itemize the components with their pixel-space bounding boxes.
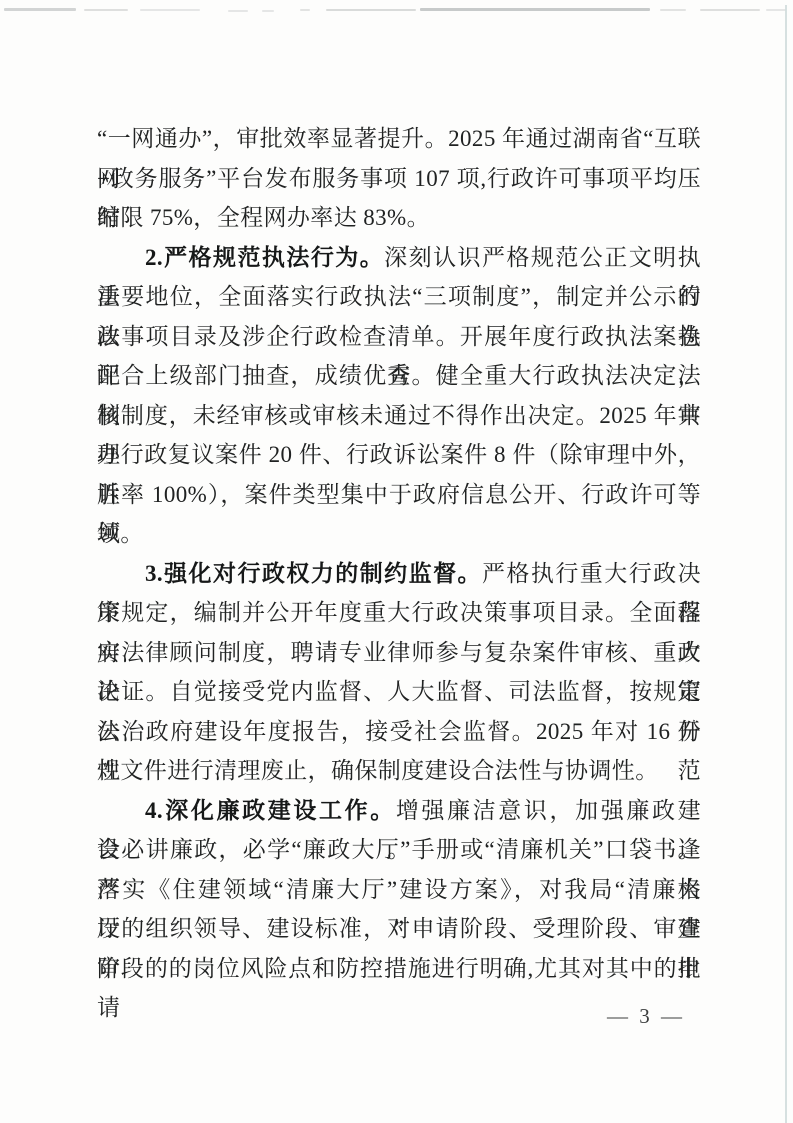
text-line: 域。: [97, 514, 701, 554]
paragraph-heading: 4.深化廉政建设工作。: [145, 798, 396, 823]
paragraph-heading: 2.严格规范执法行为。: [145, 245, 384, 270]
document-page: “一网通办”，审批效率显著提升。2025 年通过湖南省“互联网+政务服务”平台发…: [0, 0, 793, 1123]
scan-noise-dash: [300, 9, 310, 11]
document-body: “一网通办”，审批效率显著提升。2025 年通过湖南省“互联网+政务服务”平台发…: [97, 119, 701, 988]
scan-edge-line: [785, 5, 787, 1123]
scan-noise-dash: [262, 10, 274, 12]
line-text: 时限 75%，全程网办率达 83%。: [97, 205, 430, 230]
text-line: 设的组织领导、建设标准，对申请阶段、受理阶段、审查审批: [97, 909, 701, 949]
line-text: 性文件进行清理废止，确保制度建设合法性与协调性。: [97, 758, 659, 783]
scan-noise-dash: [660, 9, 686, 11]
text-line: 府法律顾问制度，聘请专业律师参与复杂案件审核、重大决策: [97, 633, 701, 673]
text-line: 落实《住建领域“清廉大厅”建设方案》，对我局“清廉大厅”建: [97, 870, 701, 910]
text-line: 会必讲廉政，必学“廉政大厅”手册或“清廉机关”口袋书。严格: [97, 830, 701, 870]
text-line: 序规定，编制并公开年度重大行政决策事项目录。全面落实政: [97, 593, 701, 633]
text-line: 阶段的的岗位风险点和防控措施进行明确,尤其对其中的申请: [97, 949, 701, 989]
scan-noise-dash: [766, 9, 786, 11]
text-line: 法治政府建设年度报告，接受社会监督。2025 年对 16 份规范: [97, 712, 701, 752]
text-line: 4.深化廉政建设工作。增强廉洁意识，加强廉政建设。逢: [97, 791, 701, 831]
scan-noise-dash: [4, 8, 76, 11]
page-number: — 3 —: [596, 1004, 696, 1029]
text-line: “一网通办”，审批效率显著提升。2025 年通过湖南省“互联网: [97, 119, 701, 159]
text-line: 理行政复议案件 20 件、行政诉讼案件 8 件（除审理中外，胜: [97, 435, 701, 475]
scan-noise-dash: [700, 9, 760, 11]
scan-noise-dash: [326, 9, 416, 11]
scan-noise-dash: [420, 8, 650, 11]
text-line: 诉率 100%），案件类型集中于政府信息公开、行政许可等领: [97, 475, 701, 515]
paragraph-heading: 3.强化对行政权力的制约监督。: [145, 561, 482, 586]
scan-noise-dash: [84, 9, 128, 11]
text-line: 2.严格规范执法行为。深刻认识严格规范公正文明执法的: [97, 238, 701, 278]
text-line: 时限 75%，全程网办率达 83%。: [97, 198, 701, 238]
text-line: 性文件进行清理废止，确保制度建设合法性与协调性。: [97, 751, 701, 791]
scan-noise-dash: [140, 9, 200, 11]
text-line: 3.强化对行政权力的制约监督。严格执行重大行政决策程: [97, 554, 701, 594]
text-line: 论证。自觉接受党内监督、人大监督、司法监督，按规定公开: [97, 672, 701, 712]
text-line: 法事项目录及涉企行政检查清单。开展年度行政执法案卷评查，: [97, 317, 701, 357]
text-line: 重要地位，全面落实行政执法“三项制度”，制定并公示行政执: [97, 277, 701, 317]
text-line: +政务服务”平台发布服务事项 107 项,行政许可事项平均压缩: [97, 159, 701, 199]
text-line: 配合上级部门抽查，成绩优秀。健全重大行政执法决定法制审: [97, 356, 701, 396]
text-line: 核制度，未经审核或审核未通过不得作出决定。2025 年共办: [97, 396, 701, 436]
scan-noise-dash: [228, 10, 248, 12]
line-text: 域。: [97, 521, 144, 546]
